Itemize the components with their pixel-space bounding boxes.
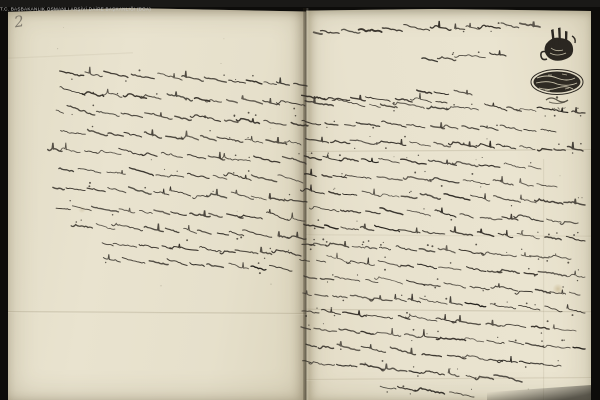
pencil-page-number: 2 [12, 12, 25, 31]
seal-ornament [546, 96, 568, 103]
ink-specks [57, 25, 561, 390]
tughra-emblem [541, 28, 575, 61]
archive-scan-viewport: 2 T.C. BAŞBAKANLIK OSMANLI ARŞİVİ DAİRE … [0, 0, 600, 400]
archive-watermark-text: T.C. BAŞBAKANLIK OSMANLI ARŞİVİ DAİRE BA… [0, 7, 151, 12]
left-page-handwriting [48, 67, 307, 274]
manuscript-handwriting-layer: 2 [0, 0, 600, 400]
letterhead [531, 28, 583, 110]
right-page-handwriting [300, 90, 585, 397]
plate-number-mark [552, 107, 566, 109]
archive-watermark-bar: T.C. BAŞBAKANLIK OSMANLI ARŞİVİ DAİRE BA… [0, 0, 600, 7]
right-page-header-handwriting [314, 21, 540, 62]
oval-calligraphic-seal [531, 70, 583, 95]
